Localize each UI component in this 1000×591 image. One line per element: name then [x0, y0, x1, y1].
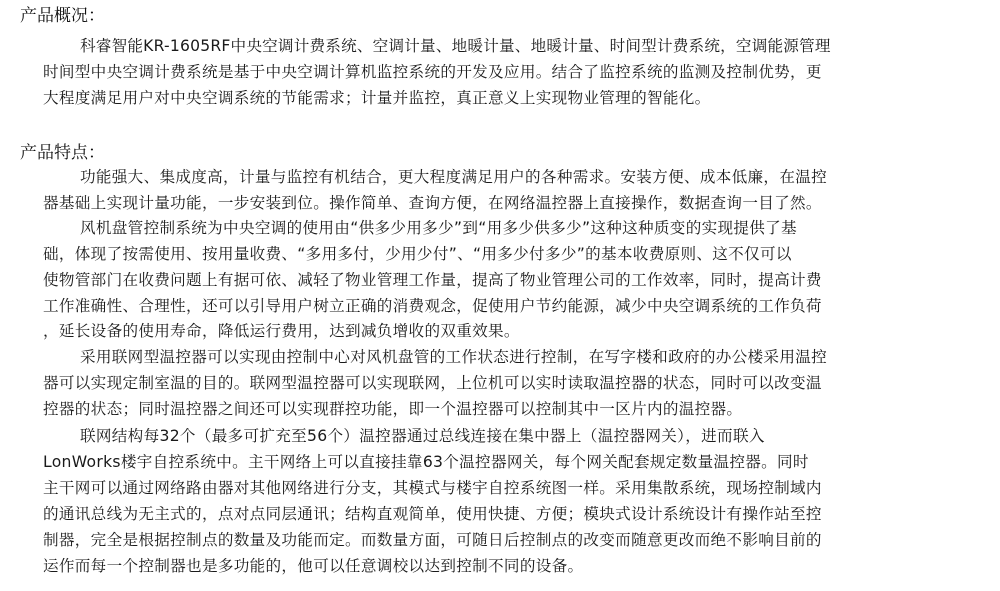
- overview-line-1: 科睿智能KR-1605RF中央空调计费系统、空调计量、地暖计量、地暖计量、时间型…: [80, 36, 831, 56]
- features-line-11: 联网结构每32个（最多可扩充至56个）温控器通过总线连接在集中器上（温控器网关）…: [80, 426, 765, 446]
- features-line-12: LonWorks楼宇自控系统中。主干网络上可以直接挂靠63个温控器网关，每个网关…: [43, 452, 809, 472]
- features-line-4: 础，体现了按需使用、按用量收费、“多用多付，少用少付”、“用多少付多少”的基本收…: [43, 244, 792, 264]
- features-line-16: 运作而每一个控制器也是多功能的，他可以任意调校以达到控制不同的设备。: [43, 556, 583, 576]
- features-line-7: ，延长设备的使用寿命，降低运行费用，达到减负增收的双重效果。: [43, 321, 520, 341]
- features-line-13: 主干网可以通过网络路由器对其他网络进行分支，其模式与楼宇自控系统图一样。采用集散…: [43, 478, 822, 498]
- features-line-3: 风机盘管控制系统为中央空调的使用由“供多少用多少”到“用多少供多少”这种这种质变…: [80, 218, 797, 238]
- features-line-15: 制器，完全是根据控制点的数量及功能而定。而数量方面，可随日后控制点的改变而随意更…: [43, 530, 822, 550]
- overview-heading: 产品概况：: [20, 5, 105, 27]
- features-line-14: 的通讯总线为无主式的，点对点同层通讯；结构直观简单，使用快捷、方便；模块式设计系…: [43, 504, 822, 524]
- features-line-10: 控器的状态；同时温控器之间还可以实现群控功能，即一个温控器可以控制其中一区片内的…: [43, 399, 742, 419]
- features-line-1: 功能强大、集成度高，计量与监控有机结合，更大程度满足用户的各种需求。安装方便、成…: [80, 167, 827, 187]
- features-heading: 产品特点：: [20, 142, 105, 164]
- product-description-page: 产品概况： 科睿智能KR-1605RF中央空调计费系统、空调计量、地暖计量、地暖…: [0, 0, 1000, 591]
- features-line-5: 使物管部门在收费问题上有据可依、减轻了物业管理工作量，提高了物业管理公司的工作效…: [43, 270, 822, 290]
- features-line-9: 器可以实现定制室温的目的。联网型温控器可以实现联网，上位机可以实时读取温控器的状…: [43, 373, 822, 393]
- features-line-8: 采用联网型温控器可以实现由控制中心对风机盘管的工作状态进行控制，在写字楼和政府的…: [80, 347, 827, 367]
- features-line-6: 工作准确性、合理性，还可以引导用户树立正确的消费观念，促使用户节约能源，减少中央…: [43, 296, 822, 316]
- features-line-2: 器基础上实现计量功能，一步安装到位。操作简单、查询方便，在网络温控器上直接操作，…: [43, 193, 822, 213]
- overview-line-2: 时间型中央空调计费系统是基于中央空调计算机监控系统的开发及应用。结合了监控系统的…: [43, 62, 822, 82]
- overview-line-3: 大程度满足用户对中央空调系统的节能需求；计量并监控，真正意义上实现物业管理的智能…: [43, 88, 711, 108]
